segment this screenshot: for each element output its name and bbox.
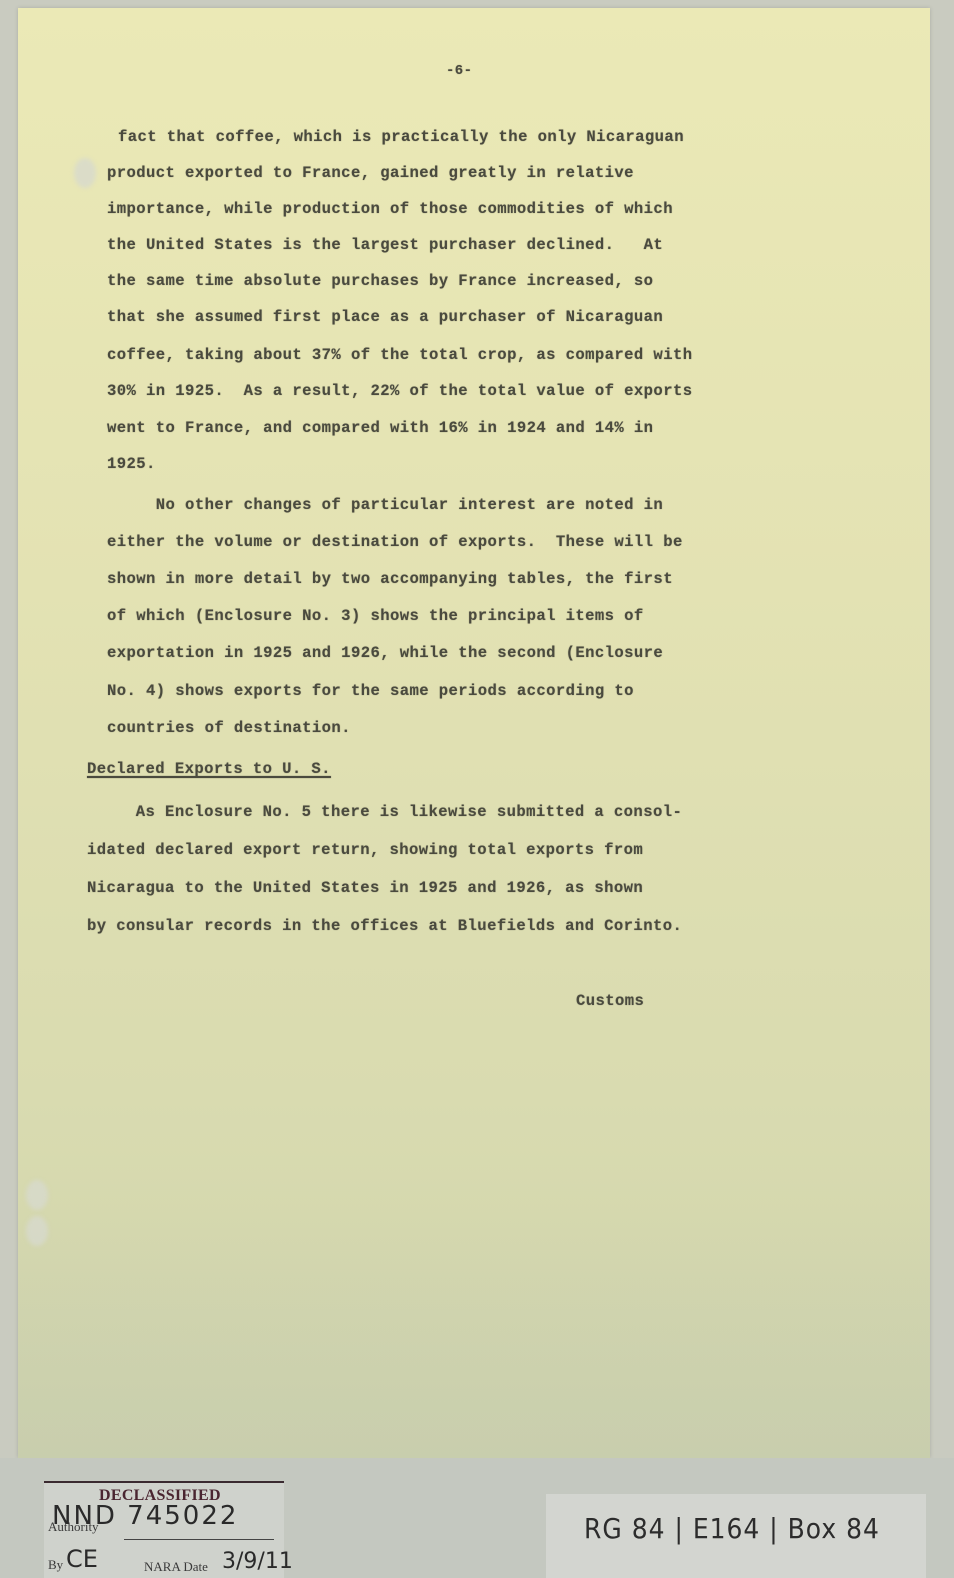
authority-underline: [124, 1539, 274, 1540]
document-page: -6- fact that coffee, which is practical…: [18, 8, 930, 1458]
by-label: By: [48, 1557, 63, 1573]
date-value: 3/9/11: [222, 1549, 293, 1574]
text-line: No other changes of particular interest …: [107, 496, 663, 514]
text-line: exportation in 1925 and 1926, while the …: [107, 644, 663, 662]
nara-date-label: NARA Date: [144, 1559, 208, 1575]
text-line: either the volume or destination of expo…: [107, 533, 683, 551]
text-line: No. 4) shows exports for the same period…: [107, 682, 634, 700]
text-line: shown in more detail by two accompanying…: [107, 570, 673, 588]
authority-value: NND 745022: [52, 1501, 238, 1531]
text-line: 1925.: [107, 455, 156, 473]
section-heading: Declared Exports to U. S.: [87, 760, 331, 778]
text-line: 30% in 1925. As a result, 22% of the tot…: [107, 382, 692, 400]
declassification-stamp: DECLASSIFIED Authority NND 745022 By CE …: [44, 1481, 284, 1578]
text-line: went to France, and compared with 16% in…: [107, 419, 653, 437]
text-line: product exported to France, gained great…: [107, 164, 634, 182]
catchword: Customs: [576, 992, 644, 1010]
punch-hole: [26, 1216, 48, 1246]
text-line: by consular records in the offices at Bl…: [87, 917, 682, 935]
page-number: -6-: [446, 63, 472, 79]
text-line: countries of destination.: [107, 719, 351, 737]
text-line: that she assumed first place as a purcha…: [107, 308, 663, 326]
text-line: fact that coffee, which is practically t…: [118, 128, 684, 146]
text-line: the United States is the largest purchas…: [107, 236, 663, 254]
punch-hole: [74, 158, 96, 188]
text-line: coffee, taking about 37% of the total cr…: [107, 346, 692, 364]
text-line: idated declared export return, showing t…: [87, 841, 643, 859]
punch-hole: [26, 1180, 48, 1210]
text-line: the same time absolute purchases by Fran…: [107, 272, 653, 290]
by-value: CE: [66, 1545, 98, 1573]
text-line: As Enclosure No. 5 there is likewise sub…: [87, 803, 682, 821]
archive-label-text: RG 84 | E164 | Box 84: [584, 1513, 880, 1545]
archive-label: RG 84 | E164 | Box 84: [546, 1494, 926, 1578]
text-line: importance, while production of those co…: [107, 200, 673, 218]
text-line: Nicaragua to the United States in 1925 a…: [87, 879, 643, 897]
text-line: of which (Enclosure No. 3) shows the pri…: [107, 607, 644, 625]
